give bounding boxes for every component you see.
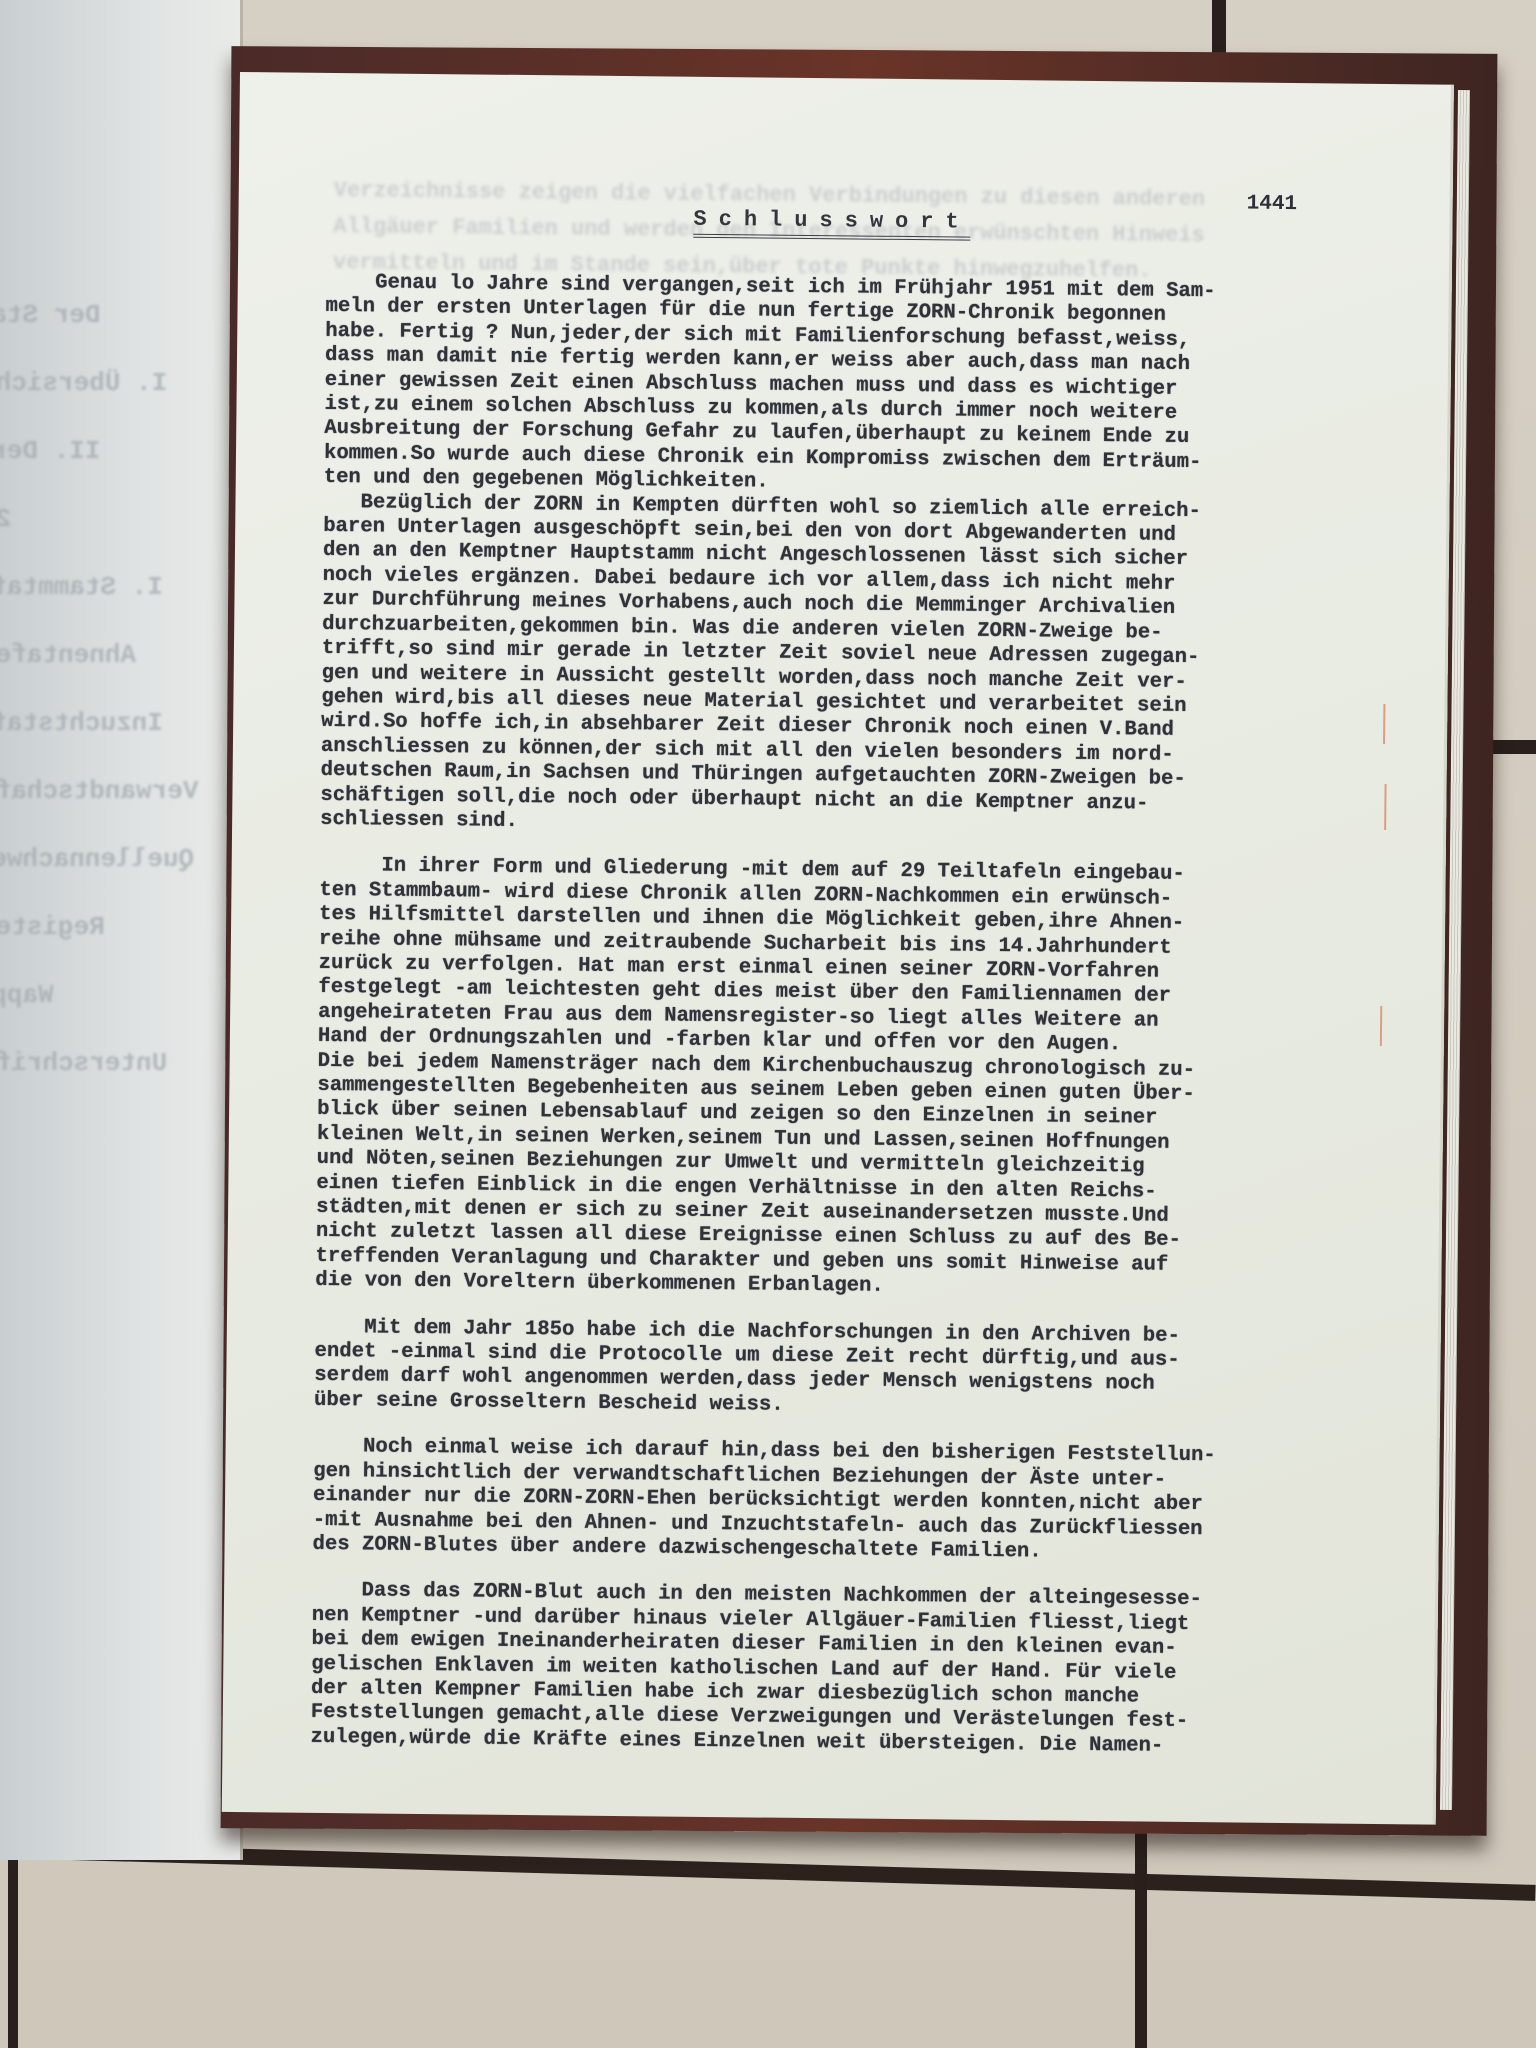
facing-page: Der StammI. ÜbersichtII. Der V29I. Stamm…: [0, 0, 243, 1860]
margin-mark: [1383, 704, 1385, 744]
facing-page-text: I. Übersicht: [0, 368, 167, 398]
facing-page-text: Der Stamm: [0, 300, 100, 330]
paragraph: In ihrer Form und Gliederung -mit dem au…: [315, 854, 1380, 1304]
tile-grout: [1135, 1820, 1147, 2048]
facing-page-text: Wappen: [0, 980, 54, 1010]
page-number: 1441: [1247, 193, 1298, 217]
paragraph: Noch einmal weise ich darauf hin,dass be…: [312, 1435, 1373, 1568]
facing-page-text: Unterschrift: [0, 1048, 167, 1078]
tile-grout: [1490, 740, 1536, 754]
paragraph: Dass das ZORN-Blut auch in den meisten N…: [310, 1579, 1372, 1761]
paragraph: Mit dem Jahr 185o habe ich die Nachforsc…: [314, 1316, 1375, 1425]
facing-page-text: Quellennachweis: [0, 844, 194, 874]
paragraph: Genau lo Jahre sind vergangen,seit ich i…: [320, 271, 1386, 843]
facing-page-text: Inzuchtstafel: [0, 708, 163, 738]
margin-mark: [1384, 784, 1386, 830]
facing-page-text: II. Der V: [0, 436, 100, 466]
page-title: Schlusswort: [693, 207, 971, 241]
facing-page-text: Verwandtschaft: [0, 776, 198, 806]
facing-page-text: Ahnentafel: [0, 640, 136, 670]
tile-grout: [8, 1850, 18, 2048]
facing-page-text: I. Stammtafel: [0, 572, 163, 602]
facing-page-text: 29: [0, 504, 11, 534]
facing-page-text: Register: [0, 912, 105, 942]
document-page: Verzeichnisse zeigen die vielfachen Verb…: [222, 72, 1454, 1825]
body-text: Genau lo Jahre sind vergangen,seit ich i…: [310, 271, 1385, 1761]
margin-mark: [1380, 1006, 1382, 1046]
